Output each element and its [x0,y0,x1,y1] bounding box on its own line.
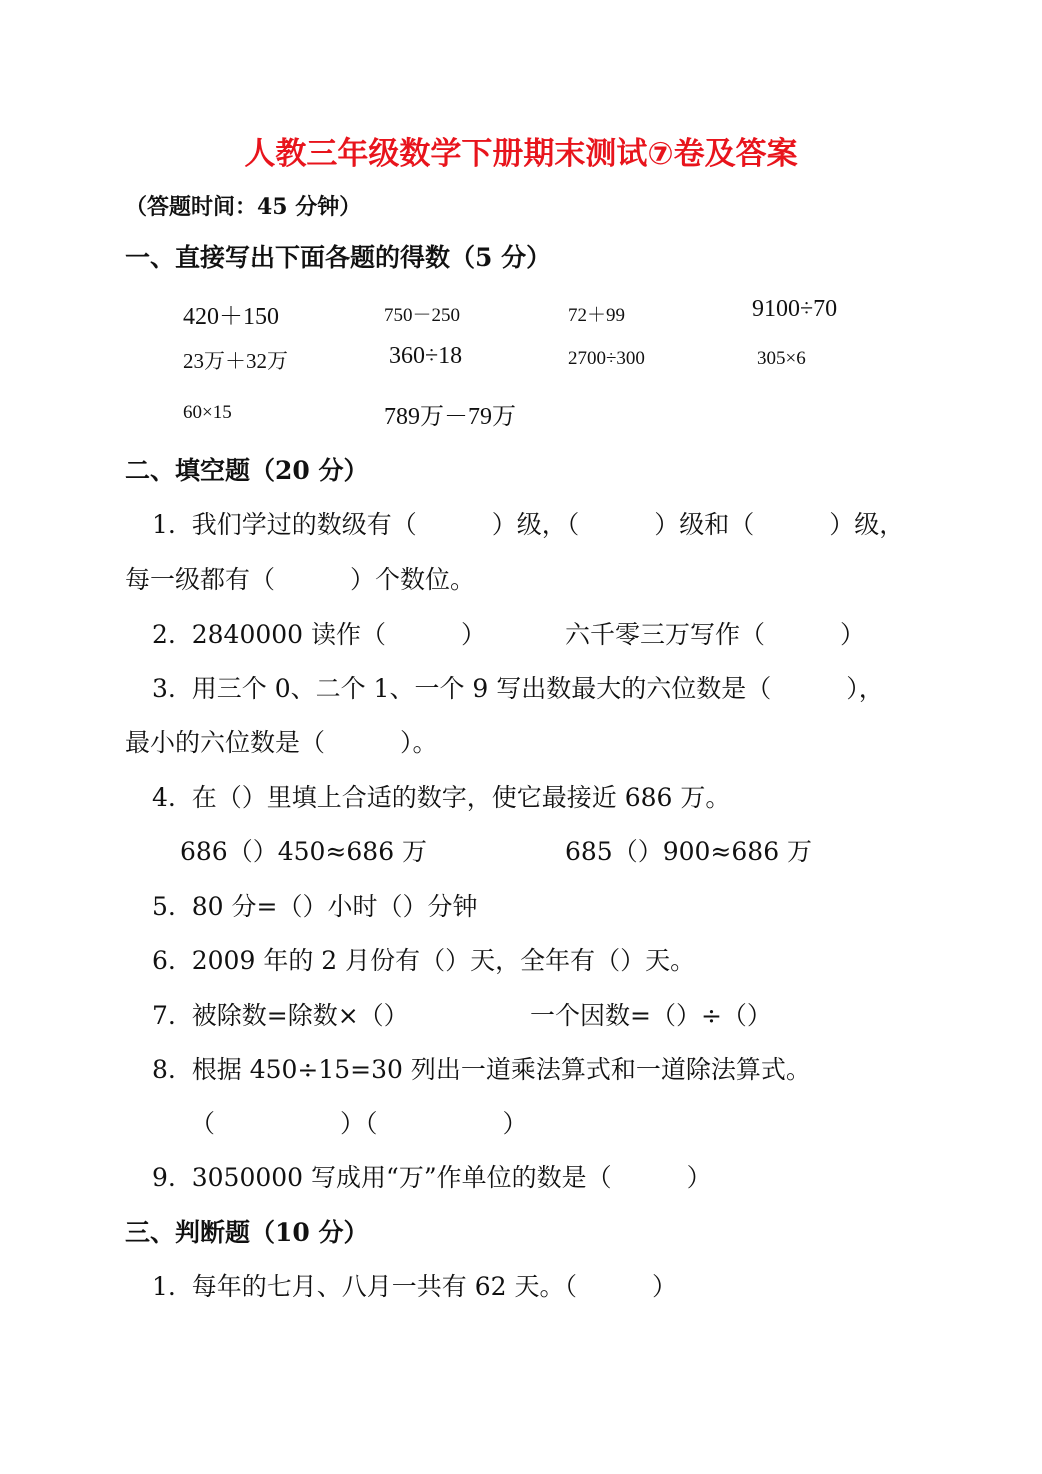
expression: 72＋99 [568,300,625,327]
judge-question-1: 1. 每年的七月、八月一共有 62 天。（ ） [152,1267,677,1303]
section-3-heading: 三、判断题（10 分） [125,1213,369,1249]
time-limit: （答题时间：45 分钟） [125,190,361,221]
question-3-line-2: 最小的六位数是（ ）。 [125,723,438,759]
section-1-heading: 一、直接写出下面各题的得数（5 分） [125,238,551,274]
expression: 60×15 [183,402,232,424]
question-2-b: 六千零三万写作（ ） [565,615,865,651]
expression: 789万－79万 [384,396,516,431]
question-4-b: 685（）900≈686 万 [565,832,812,868]
question-2-a: 2. 2840000 读作（ ） [152,615,486,651]
expression: 750－250 [384,300,460,327]
question-1-line-1: 1. 我们学过的数级有（ ）级，（ ）级和（ ）级， [152,505,904,541]
expression: 360÷18 [389,343,462,370]
expression: 420＋150 [183,296,279,331]
expression: 2700÷300 [568,348,645,370]
expression: 23万＋32万 [183,345,288,375]
question-1-line-2: 每一级都有（ ）个数位。 [125,560,475,596]
document-title: 人教三年级数学下册期末测试⑦卷及答案 [0,128,1042,173]
question-4: 4. 在（）里填上合适的数字，使它最接近 686 万。 [152,778,730,814]
question-6: 6. 2009 年的 2 月份有（）天，全年有（）天。 [152,941,695,977]
expression: 305×6 [757,348,806,370]
question-8-answer-blanks: （ ）（ ） [190,1104,528,1140]
section-2-heading: 二、填空题（20 分） [125,451,369,487]
question-7-a: 7. 被除数=除数×（） [152,996,409,1032]
question-3-line-1: 3. 用三个 0、二个 1、一个 9 写出数最大的六位数是（ ）， [152,669,884,705]
expression: 9100÷70 [752,296,837,323]
question-9: 9. 3050000 写成用“万”作单位的数是（ ） [152,1158,712,1194]
question-5: 5. 80 分=（）小时（）分钟 [152,887,477,923]
question-7-b: 一个因数=（）÷（） [530,996,772,1032]
question-4-a: 686（）450≈686 万 [180,832,427,868]
question-8: 8. 根据 450÷15=30 列出一道乘法算式和一道除法算式。 [152,1050,811,1086]
